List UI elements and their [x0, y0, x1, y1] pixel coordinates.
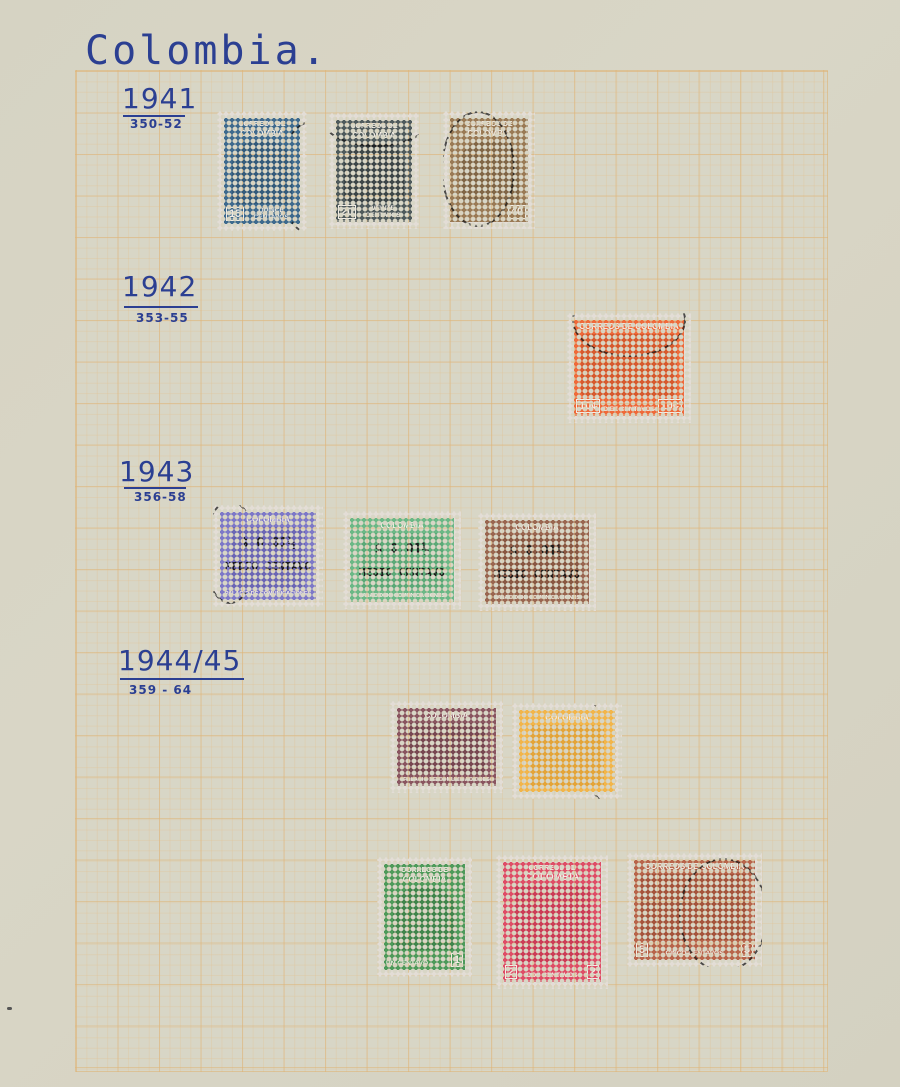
stamp-footer: PALACIO DE COMUNICACIONES	[403, 777, 489, 783]
stamp-header: CORREOS DE	[350, 120, 397, 131]
overprint-amount: $ 0.01½	[220, 536, 316, 551]
stamp-1942-10c: CORREOS DE COLOMBIA 10¢DIEZ CENTAVOS10¢	[567, 313, 691, 423]
scene-vignette	[641, 874, 747, 940]
stamp-header: CORREOS DE COLOMBIA	[579, 320, 679, 331]
stamp-1945-1c-bolivar: CORREOS DE COLOMBIA UN CENTAVO1	[377, 857, 472, 977]
catalog-range-1943: 356-58	[134, 490, 187, 504]
stamp-footer: PALACIO DE COMUNICACIONES	[494, 595, 580, 601]
stamp-country: COLOMBIA	[515, 520, 559, 532]
stamp-1944-quarter-c: COLOMBIA PALACIO DE COMUNICACIONES	[390, 701, 503, 793]
stamp-value: 15	[226, 207, 244, 221]
stamp-country: COLOMBIA	[246, 512, 290, 524]
stamp-1943-20c-overprint: COLOMBIA PALACIO DE COMUNICACIONES $ 0.0…	[478, 513, 596, 611]
section-year-1943: 1943	[119, 455, 194, 488]
overprint-words: MEDIO CENTAVO	[220, 560, 316, 573]
stamp-country: COLOMBIA	[380, 518, 424, 530]
stamp-country: COLOMBIA	[525, 873, 579, 882]
year-underline	[124, 306, 198, 308]
overprint-words: MEDIO CENTAVO	[485, 568, 589, 581]
catalog-range-1944-45: 359 - 64	[129, 683, 192, 697]
stamp-country: COLOMBIA	[240, 129, 284, 138]
catalog-range-1941: 350-52	[130, 117, 183, 131]
stamp-denomination: UN CENTAVO	[386, 960, 428, 967]
portrait-vignette	[393, 887, 456, 950]
stamp-1945-5c: CORREOS DE COLOMBIA 5CINCO CENTAVOS5	[627, 853, 762, 967]
year-underline	[120, 678, 244, 680]
stamp-denomination: DIEZ CENTAVOS	[603, 406, 655, 413]
section-year-1942: 1942	[122, 270, 197, 303]
stamp-denomination: CINCO CENTAVOS	[666, 950, 724, 957]
oil-derrick-vignette	[514, 885, 590, 962]
stamp-country: COLOMBIA	[467, 129, 511, 138]
stamp-value: 10¢	[576, 399, 600, 413]
stamp-1943-2c-overprint: COLOMBIA PALACIO DE COMUNICACIONES $ 0.0…	[343, 511, 461, 609]
stamp-denomination: DOS CENTAVOS	[526, 972, 577, 979]
stamp-header: CORREOS DE	[401, 864, 448, 875]
stamp-header: CORREOS DE COLOMBIA	[645, 860, 745, 871]
stamp-footer: PALACIO DE COMUNICACIONES	[225, 591, 311, 597]
stamp-footer: PALACIO DE COMUNICACIONES	[359, 593, 445, 599]
stamp-1941-15c: CORREOS DE COLOMBIA 15QUINCE CENTAVOS	[217, 111, 307, 231]
country-heading: Colombia.	[85, 28, 329, 74]
building-vignette	[530, 725, 605, 786]
stamp-denomination: QUINCE CENTAVOS	[244, 207, 298, 221]
overprint-amount: $ 0.01½	[485, 544, 589, 559]
section-year-1944-45: 1944/45	[118, 644, 241, 677]
year-underline	[124, 487, 186, 489]
stamp-value: 5	[636, 943, 648, 957]
scene-vignette	[581, 334, 678, 396]
paper-speck	[7, 1007, 12, 1010]
stamp-country: COLOMBIA	[352, 131, 396, 140]
stamp-1941-40c: CORREOS DE COLOMBIA 40	[443, 111, 535, 229]
building-vignette	[408, 723, 485, 774]
stamp-1945-2c-oil: CORREOS DE COLOMBIA 2DOS CENTAVOS2	[496, 855, 608, 989]
stamp-denomination: VEINTE CENTAVOS	[356, 205, 410, 219]
overprint-amount: $ 0.01½	[350, 542, 454, 557]
catalog-range-1942: 353-55	[136, 311, 189, 325]
portrait-vignette	[232, 141, 291, 204]
stamp-1943-1c-overprint: COLOMBIA PALACIO DE COMUNICACIONES $ 0.0…	[213, 505, 323, 607]
overprint-words: MEDIO CENTAVO	[350, 566, 454, 579]
stamp-country: COLOMBIA	[425, 708, 469, 720]
stamp-value: 1	[451, 953, 463, 967]
stamp-header: CORREOS DE	[465, 118, 512, 129]
section-year-1941: 1941	[122, 82, 197, 115]
portrait-vignette	[344, 143, 403, 202]
stamp-country: COLOMBIA	[403, 875, 447, 884]
scene-vignette	[459, 141, 520, 202]
stamp-country: COLOMBIA	[545, 710, 589, 722]
stamp-1941-20c: CORREOS DE COLOMBIA 20VEINTE CENTAVOS	[329, 113, 419, 229]
stamp-value: 20	[338, 205, 356, 219]
stamp-header: CORREOS DE	[238, 118, 285, 129]
stamp-value: 2	[505, 965, 517, 979]
stamp-1944-1c-yellow: COLOMBIA	[512, 703, 622, 799]
stamp-value: 40	[508, 205, 526, 219]
